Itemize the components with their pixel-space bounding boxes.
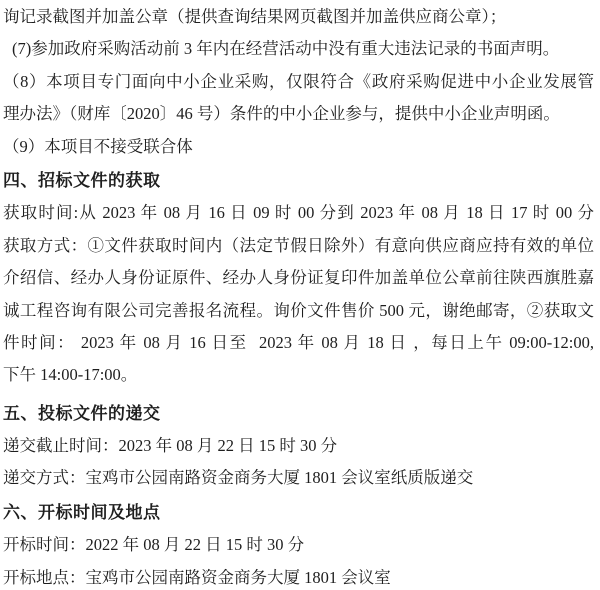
doc-line-item-9: （9）本项目不接受联合体 xyxy=(3,131,594,163)
section-heading-bid-opening: 六、开标时间及地点 xyxy=(3,497,594,529)
doc-line-opening-time: 开标时间：2022 年 08 月 22 日 15 时 30 分 xyxy=(3,529,594,561)
doc-line-obtain-file-time: 件时间： 2023 年 08 月 16 日至 2023 年 08 月 18 日 … xyxy=(3,327,594,359)
doc-line-opening-location: 开标地点：宝鸡市公园南路资金商务大厦 1801 会议室 xyxy=(3,562,594,590)
section-heading-document-obtain: 四、招标文件的获取 xyxy=(3,165,594,197)
doc-line-submission-method: 递交方式：宝鸡市公园南路资金商务大厦 1801 会议室纸质版递交 xyxy=(3,462,594,494)
document-page: 询记录截图并加盖公章（提供查询结果网页截图并加盖供应商公章）； (7)参加政府采… xyxy=(0,0,600,590)
doc-line-continuation-seal: 询记录截图并加盖公章（提供查询结果网页截图并加盖供应商公章）； xyxy=(3,1,594,33)
doc-line-obtain-time: 获取时间:从 2023 年 08 月 16 日 09 时 00 分到 2023 … xyxy=(3,197,594,229)
doc-line-item-8-part2: 理办法》（财库〔2020〕46 号）条件的中小企业参与，提供中小企业声明函。 xyxy=(3,98,594,130)
doc-line-obtain-method-part3: 诚工程咨询有限公司完善报名流程。询价文件售价 500 元，谢绝邮寄，②获取文 xyxy=(3,295,594,327)
doc-line-afternoon-hours: 下午 14:00-17:00。 xyxy=(3,359,594,391)
doc-line-obtain-method-part1: 获取方式：①文件获取时间内（法定节假日除外）有意向供应商应持有效的单位 xyxy=(3,230,594,262)
doc-line-obtain-method-part2: 介绍信、经办人身份证原件、经办人身份证复印件加盖单位公章前往陕西旗胜嘉 xyxy=(3,262,594,294)
doc-line-item-8-part1: （8）本项目专门面向中小企业采购，仅限符合《政府采购促进中小企业发展管 xyxy=(3,66,594,98)
doc-line-item-7: (7)参加政府采购活动前 3 年内在经营活动中没有重大违法记录的书面声明。 xyxy=(3,33,594,65)
section-heading-bid-submission: 五、投标文件的递交 xyxy=(3,398,594,430)
doc-line-submission-deadline: 递交截止时间：2023 年 08 月 22 日 15 时 30 分 xyxy=(3,430,594,462)
